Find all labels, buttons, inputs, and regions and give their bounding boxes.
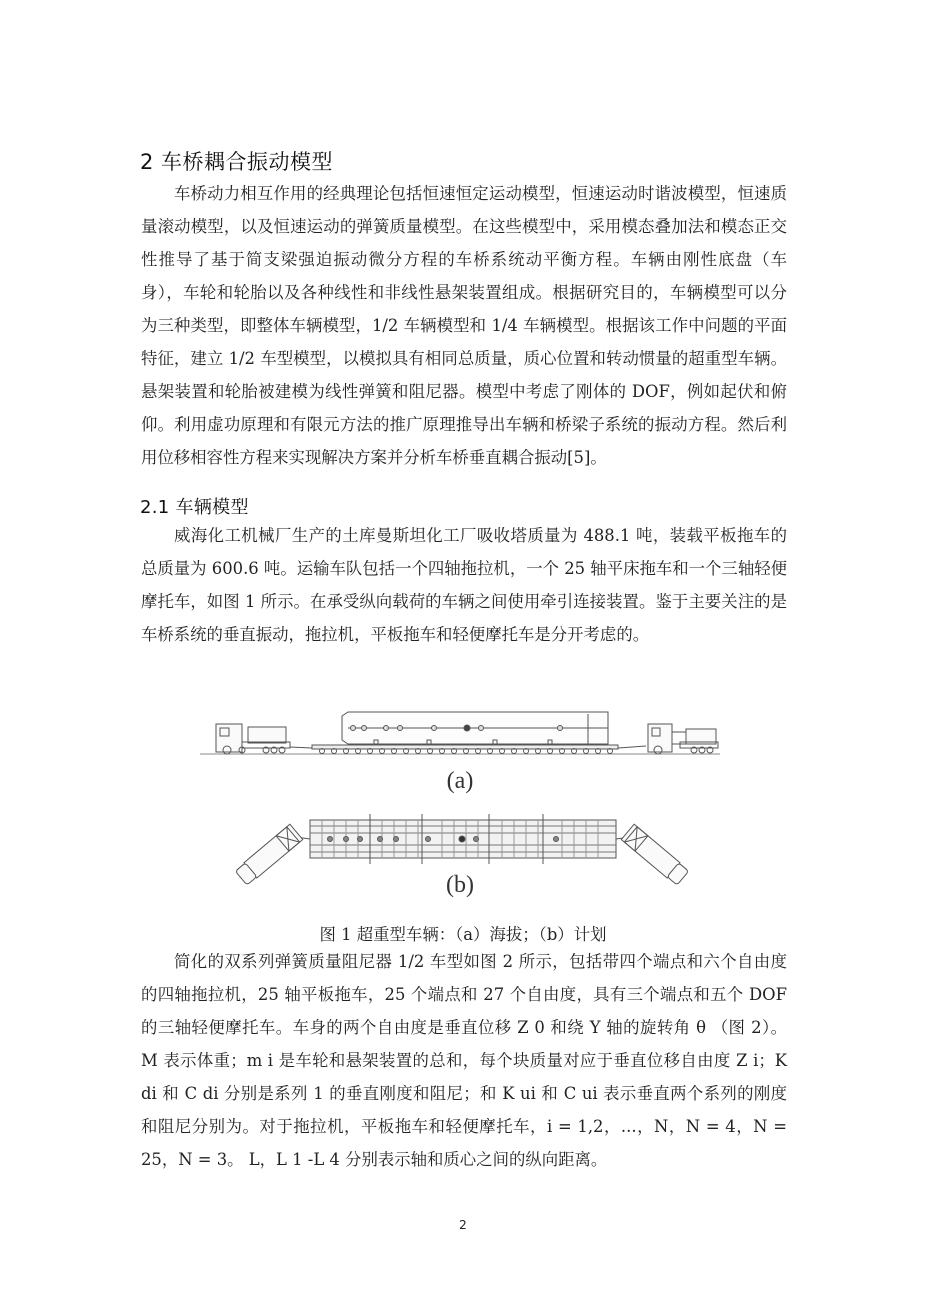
figure-caption: 图 1 超重型车辆：（a）海拔；（b）计划	[0, 921, 926, 945]
subsection-heading: 2.1 车辆模型	[140, 493, 249, 519]
paragraph-vehicle-bridge-theory: 车桥动力相互作用的经典理论包括恒速恒定运动模型，恒速运动时谐波模型，恒速质量滚动…	[141, 177, 787, 474]
vehicle-drawing-icon: (a) (b)	[200, 702, 720, 902]
paragraph-vehicle-convoy: 威海化工机械厂生产的土库曼斯坦化工厂吸收塔质量为 488.1 吨，装载平板拖车的…	[141, 519, 787, 651]
figure-label-b: (b)	[446, 872, 474, 898]
document-page: 2 车桥耦合振动模型 车桥动力相互作用的经典理论包括恒速恒定运动模型，恒速运动时…	[0, 0, 926, 1309]
paragraph-half-vehicle-model: 简化的双系列弹簧质量阻尼器 1/2 车型如图 2 所示，包括带四个端点和六个自由…	[141, 945, 787, 1176]
page-number: 2	[0, 1218, 926, 1232]
figure-label-a: (a)	[447, 768, 474, 794]
figure-1-vehicle-drawing: (a) (b)	[200, 702, 720, 902]
section-heading: 2 车桥耦合振动模型	[140, 146, 333, 176]
